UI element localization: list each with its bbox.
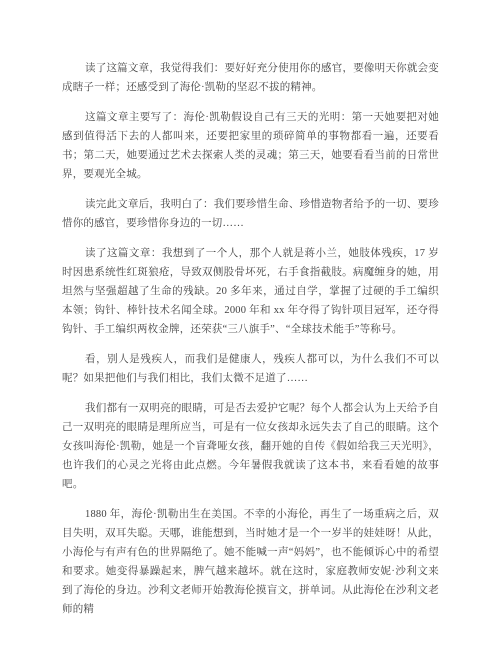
paragraph-1: 读了这篇文章，我觉得我们：要好好充分使用你的感官，要像明天你就会变成瞎子一样；还…: [62, 59, 439, 97]
paragraph-4: 读了这篇文章：我想到了一个人，那个人就是蒋小兰，她肢体残疾，17 岁时因患系统性…: [62, 244, 439, 339]
paragraph-5: 看，别人是残疾人，而我们是健康人，残疾人都可以，为什么我们不可以呢？如果把他们与…: [62, 350, 439, 388]
paragraph-7: 1880 年，海伦·凯勒出生在美国。不幸的小海伦，再生了一场重病之后，双目失明，…: [62, 505, 439, 619]
essay-text-block: 读了这篇文章，我觉得我们：要好好充分使用你的感官，要像明天你就会变成瞎子一样；还…: [62, 59, 439, 630]
document-page: 读了这篇文章，我觉得我们：要好好充分使用你的感官，要像明天你就会变成瞎子一样；还…: [0, 0, 500, 647]
paragraph-2: 这篇文章主要写了：海伦·凯勒假设自己有三天的光明：第一天她要把对她感到值得活下去…: [62, 108, 439, 184]
paragraph-3: 读完此文章后，我明白了：我们要珍惜生命、珍惜造物者给予的一切、要珍惜你的感官，要…: [62, 195, 439, 233]
paragraph-6: 我们都有一双明亮的眼睛，可是否去爱护它呢？每个人都会认为上天给予自己一双明亮的眼…: [62, 399, 439, 494]
